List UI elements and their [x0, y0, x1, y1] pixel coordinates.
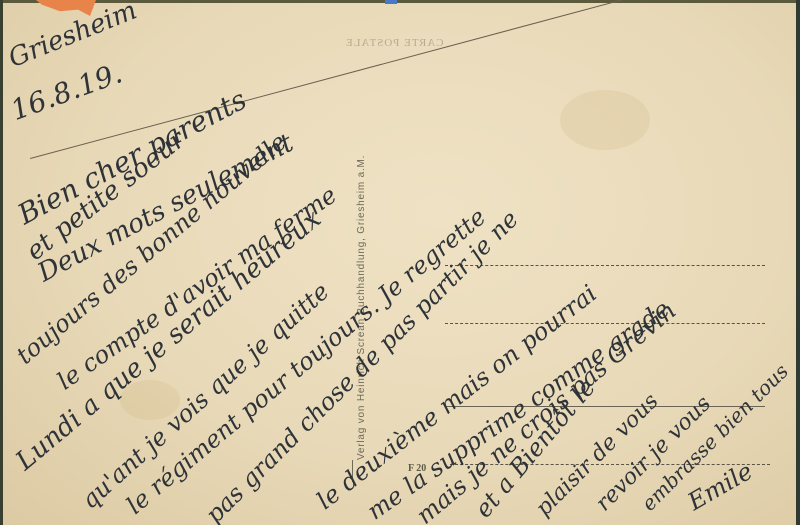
postcard-back: CARTE POSTALE Verlag von Heinrich Screan…: [0, 0, 800, 525]
address-line-2: [445, 323, 765, 324]
address-line-3: [445, 406, 765, 407]
blue-ink-mark: [385, 0, 397, 4]
card-edge-left: [0, 0, 3, 525]
card-edge-right: [796, 0, 800, 525]
address-line-1: [445, 265, 765, 266]
paper-stain: [560, 90, 650, 150]
handwritten-place: Griesheim: [4, 0, 141, 74]
faded-print-header: CARTE POSTALE: [345, 37, 444, 49]
